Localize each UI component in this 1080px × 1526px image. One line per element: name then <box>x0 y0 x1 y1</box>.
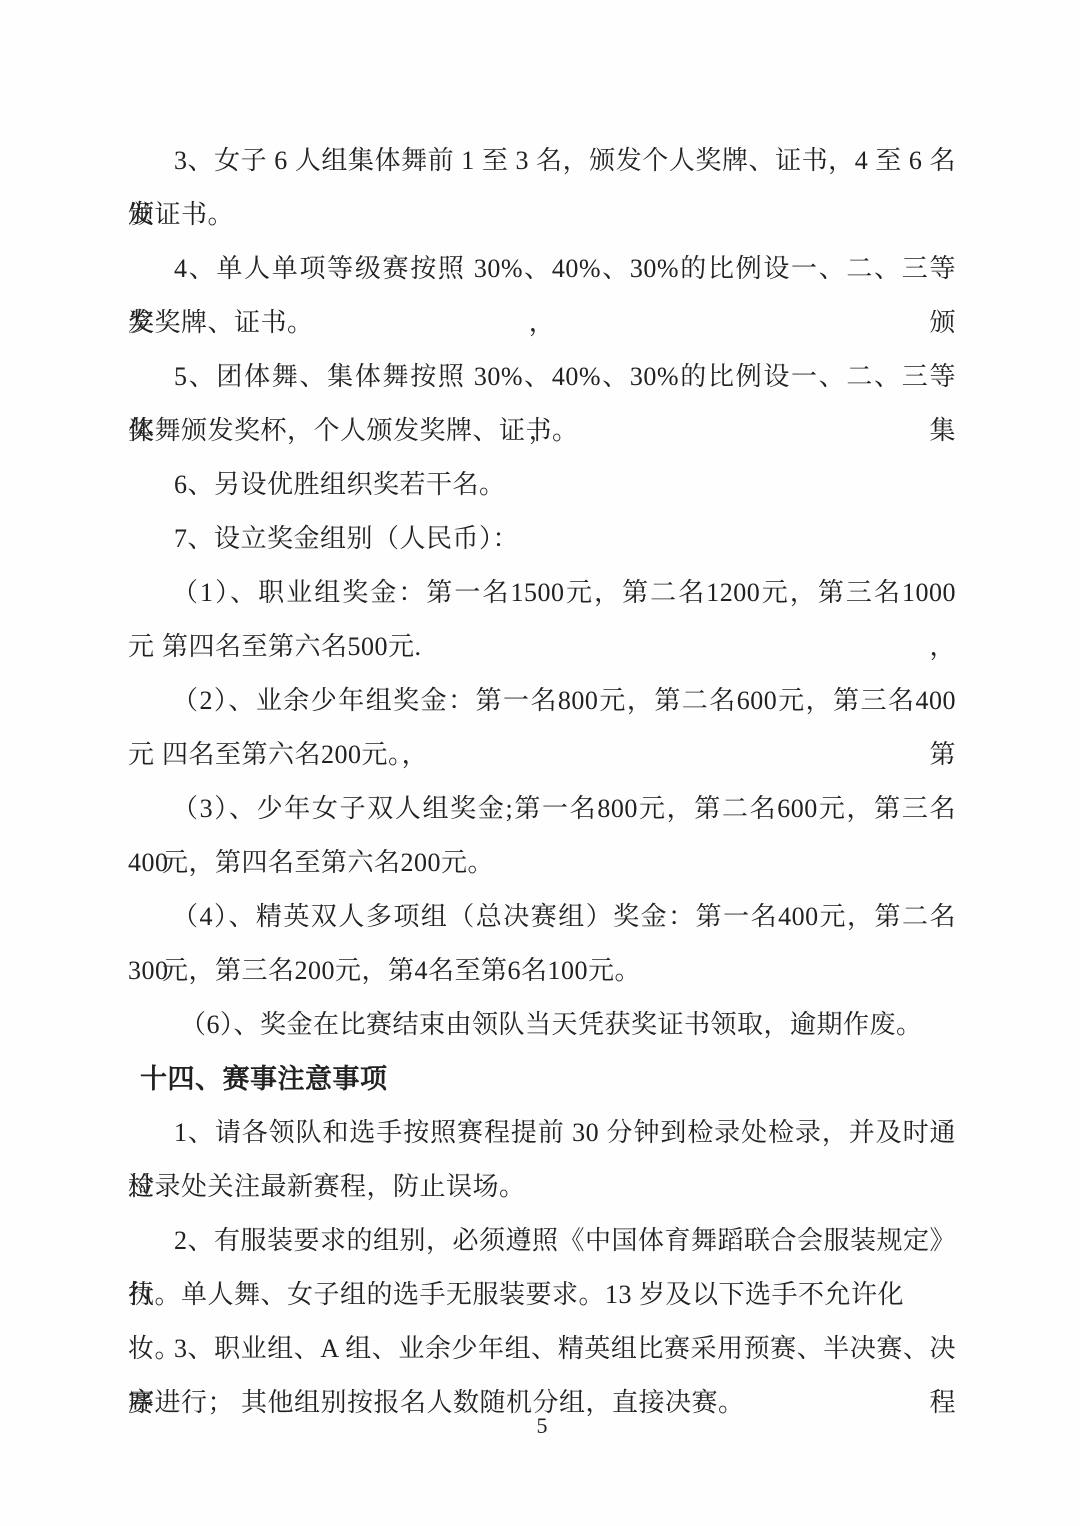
doc-line: 行。单人舞、女子组的选手无服装要求。13 岁及以下选手不允许化妆。 <box>128 1268 956 1322</box>
doc-line: 1、请各领队和选手按照赛程提前 30 分钟到检录处检录，并及时通过 <box>128 1106 956 1160</box>
doc-line: 6、另设优胜组织奖若干名。 <box>128 458 956 512</box>
doc-line: （6）、奖金在比赛结束由领队当天凭获奖证书领取，逾期作废。 <box>128 998 956 1052</box>
doc-line: （3）、少年女子双人组奖金;第一名800元，第二名600元，第三名400 <box>128 782 956 836</box>
page-number: 5 <box>128 1406 956 1446</box>
doc-line: 元，第四名至第六名200元。 <box>128 836 956 890</box>
doc-line: 7、设立奖金组别（人民币）： <box>128 512 956 566</box>
doc-line: 2、有服装要求的组别，必须遵照《中国体育舞蹈联合会服装规定》执 <box>128 1214 956 1268</box>
doc-line: 发证书。 <box>128 188 956 242</box>
doc-line: （1）、职业组奖金：第一名1500元，第二名1200元，第三名1000元， <box>128 566 956 620</box>
document-page: 3、女子 6 人组集体舞前 1 至 3 名，颁发个人奖牌、证书，4 至 6 名颁… <box>0 0 1080 1526</box>
doc-line: 3、女子 6 人组集体舞前 1 至 3 名，颁发个人奖牌、证书，4 至 6 名颁 <box>128 134 956 188</box>
doc-line: （4）、精英双人多项组（总决赛组）奖金：第一名400元，第二名300 <box>128 890 956 944</box>
document-text-block: 3、女子 6 人组集体舞前 1 至 3 名，颁发个人奖牌、证书，4 至 6 名颁… <box>128 134 956 1430</box>
doc-line: （2）、业余少年组奖金：第一名800元，第二名600元，第三名400元， 第 <box>128 674 956 728</box>
doc-line: 检录处关注最新赛程，防止误场。 <box>128 1160 956 1214</box>
doc-line: 5、团体舞、集体舞按照 30%、40%、30%的比例设一、二、三等奖，集 <box>128 350 956 404</box>
doc-line: 3、职业组、A 组、业余少年组、精英组比赛采用预赛、半决赛、决赛程 <box>128 1322 956 1376</box>
doc-line: 4、单人单项等级赛按照 30%、40%、30%的比例设一、二、三等奖，颁 <box>128 242 956 296</box>
section-heading: 十四、赛事注意事项 <box>128 1052 956 1106</box>
doc-line: 元，第三名200元，第4名至第6名100元。 <box>128 944 956 998</box>
